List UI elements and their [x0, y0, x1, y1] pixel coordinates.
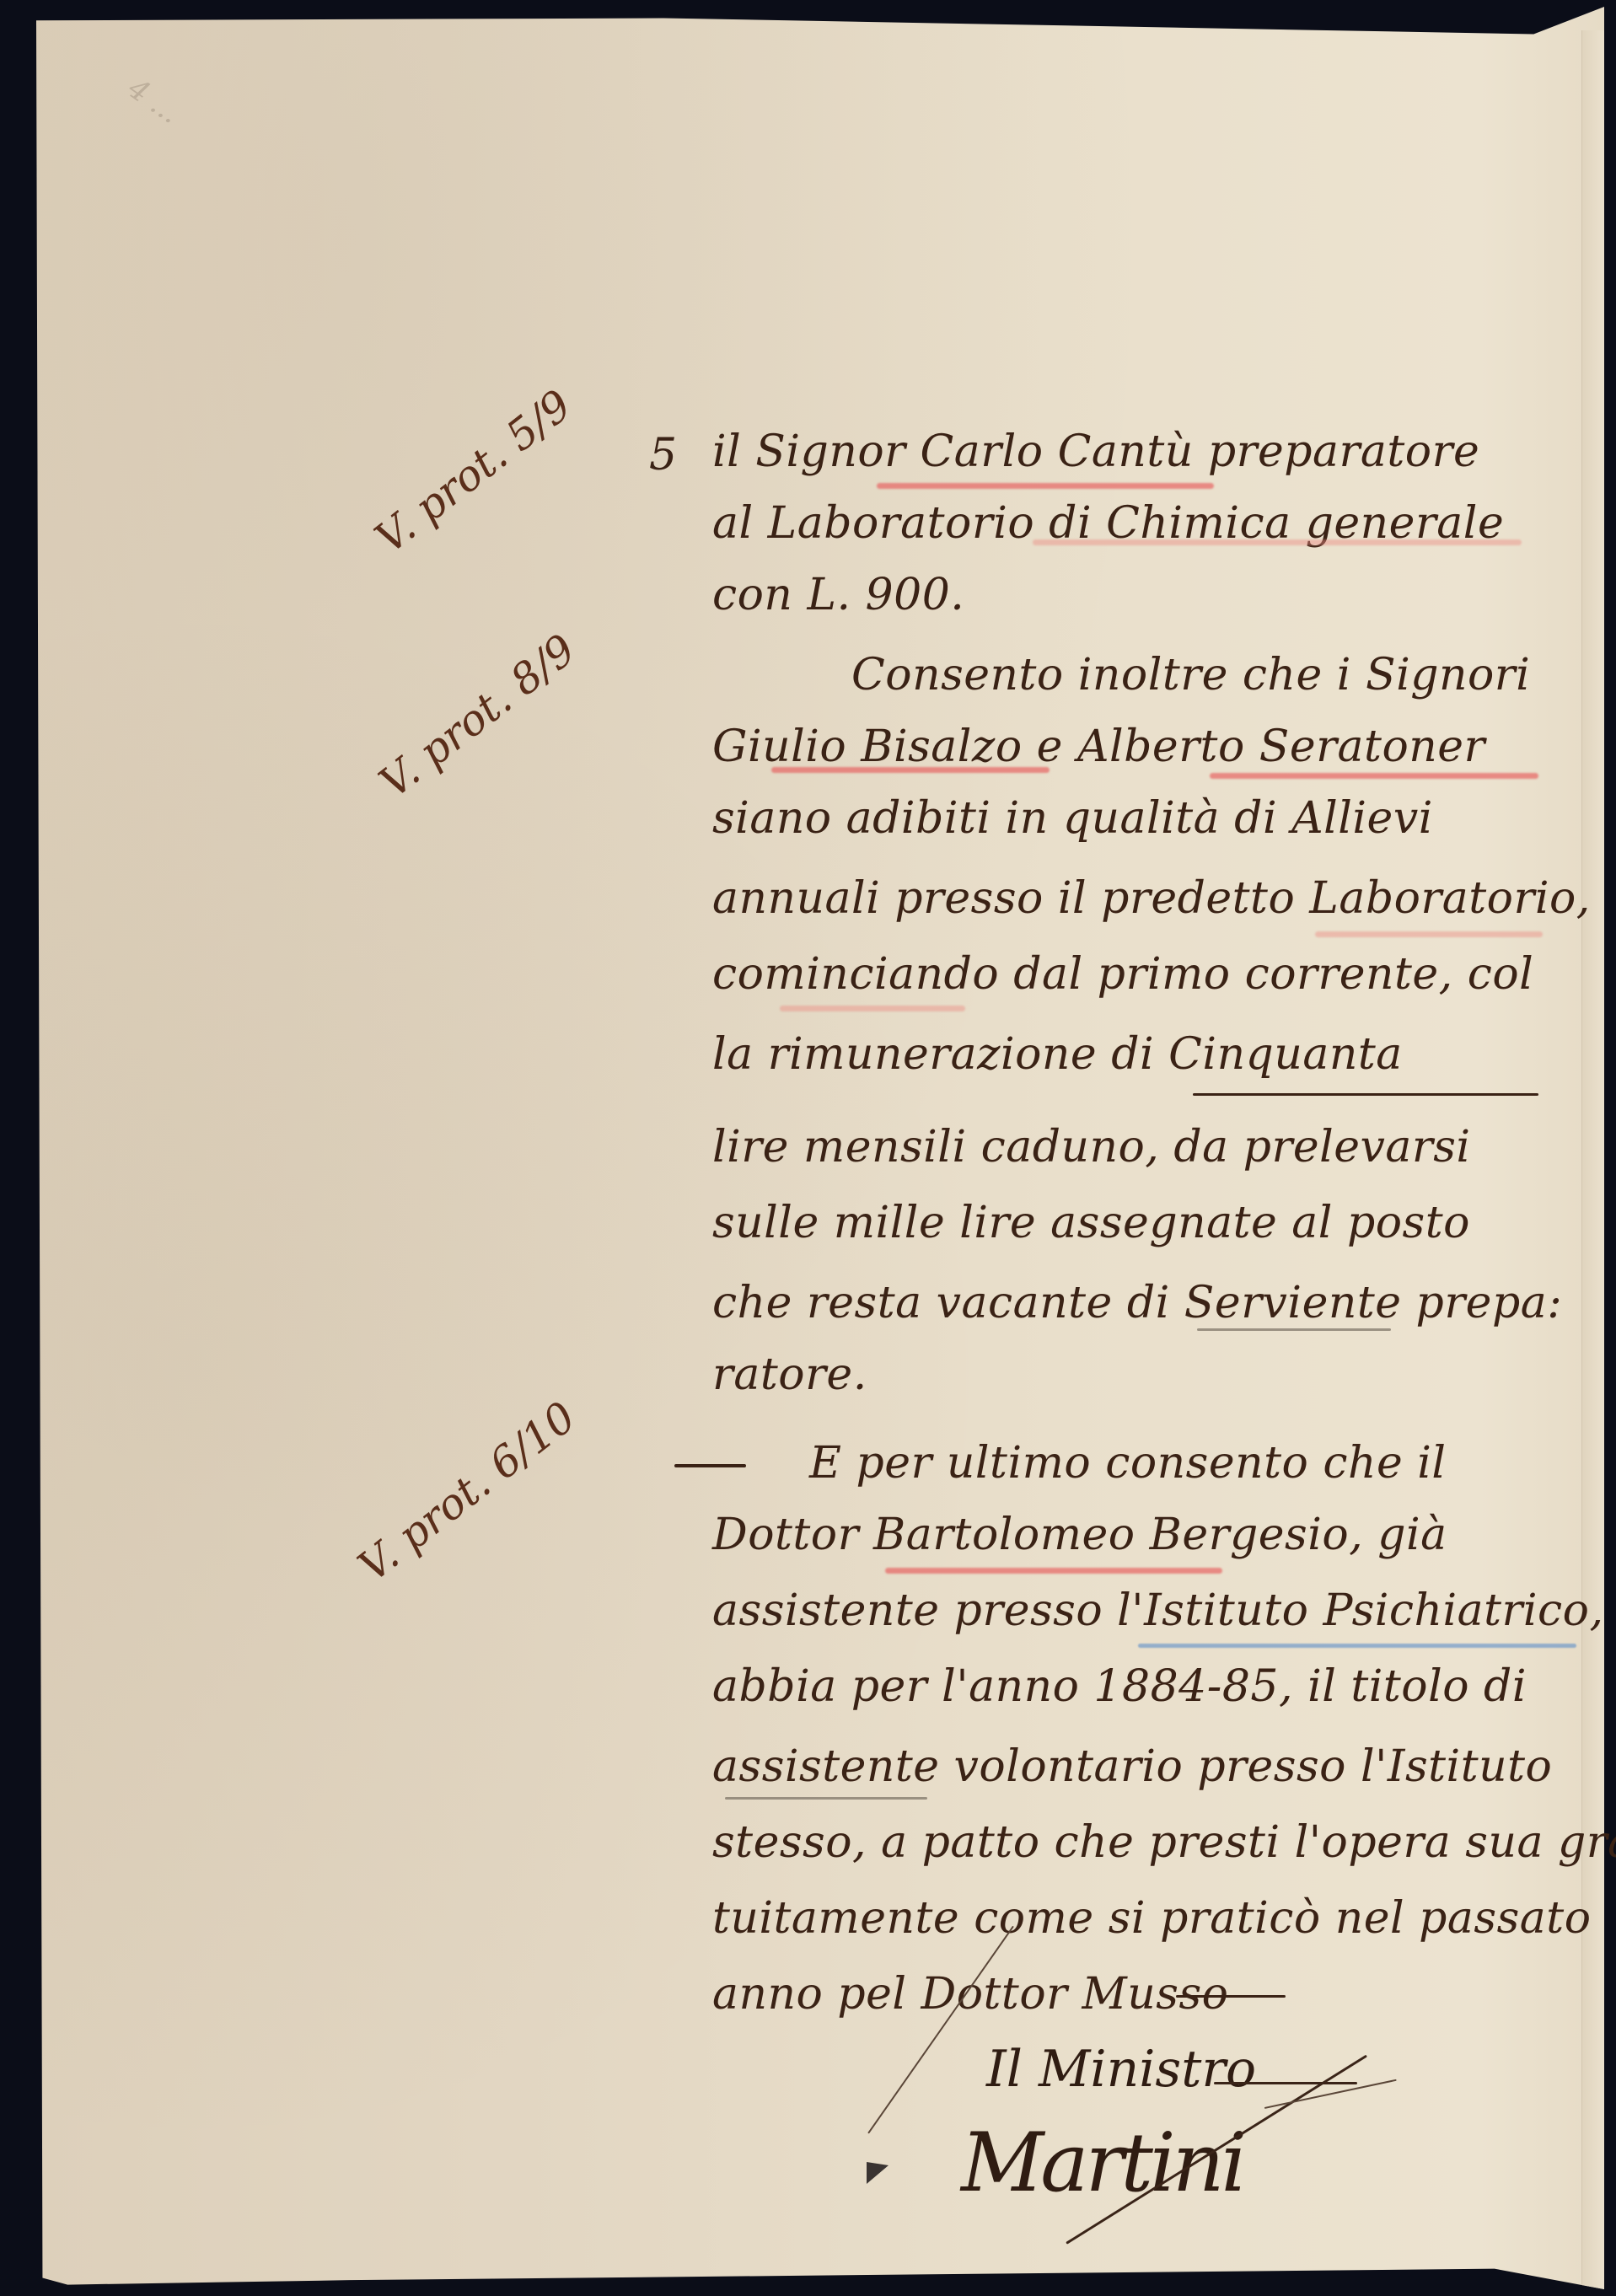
underlying-page-edge: [1581, 30, 1604, 2289]
red-underline-cominciando: [780, 1006, 965, 1011]
signature-name: Martini: [961, 2116, 1243, 2210]
signature-title: Il Ministro: [986, 2040, 1256, 2099]
red-underline-seratoner: [1210, 773, 1538, 779]
text-line-9: la rimunerazione di Cinquanta: [712, 1033, 1403, 1076]
closing-dash: [1176, 1995, 1286, 1998]
item-number: 5: [649, 430, 677, 480]
text-line-5: Giulio Bisalzo e Alberto Seratoner: [712, 725, 1485, 769]
text-line-17: abbia per l'anno 1884-85, il titolo di: [712, 1665, 1527, 1709]
text-line-18: assistente volontario presso l'Istituto: [712, 1745, 1552, 1789]
text-line-20: tuitamente come si praticò nel passato: [712, 1896, 1592, 1940]
red-underline-chimica-generale: [1033, 539, 1522, 545]
blue-underline-istituto-psichiatrico: [1138, 1644, 1576, 1648]
red-underline-bartolomeo-bergesio: [885, 1568, 1222, 1574]
red-underline-laboratorio: [1315, 931, 1543, 937]
text-line-8: cominciando dal primo corrente, col: [712, 952, 1533, 996]
red-underline-bisalzo: [771, 767, 1050, 773]
text-line-15: Dottor Bartolomeo Bergesio, già: [712, 1513, 1447, 1557]
text-line-1: il Signor Carlo Cantù preparatore: [712, 430, 1479, 474]
pencil-underline-serviente: [1197, 1328, 1391, 1331]
text-line-11: sulle mille lire assegnate al posto: [712, 1201, 1470, 1245]
text-line-19: stesso, a patto che presti l'opera sua g…: [712, 1821, 1616, 1864]
text-line-7: annuali presso il predetto Laboratorio,: [712, 877, 1591, 920]
text-line-13: ratore.: [712, 1353, 867, 1397]
text-line-12: che resta vacante di Serviente prepa:: [712, 1281, 1562, 1325]
text-line-10: lire mensili caduno, da prelevarsi: [712, 1125, 1471, 1169]
red-underline-carlo-cantu: [877, 483, 1214, 489]
pencil-underline-assistente-volontario: [725, 1797, 927, 1800]
signature-title-flourish: [1214, 2082, 1357, 2084]
ink-underline-cinquanta: [1193, 1093, 1538, 1096]
paragraph-dash: [674, 1464, 746, 1467]
text-line-14: E per ultimo consento che il: [809, 1441, 1447, 1485]
text-line-4: Consento inoltre che i Signori: [851, 653, 1530, 697]
ink-blot: [867, 2162, 889, 2184]
text-line-6: siano adibiti in qualità di Allievi: [712, 797, 1433, 840]
text-line-21: anno pel Dottor Musso: [712, 1972, 1228, 2016]
text-line-3: con L. 900.: [712, 573, 964, 617]
text-line-16: assistente presso l'Istituto Psichiatric…: [712, 1589, 1603, 1633]
